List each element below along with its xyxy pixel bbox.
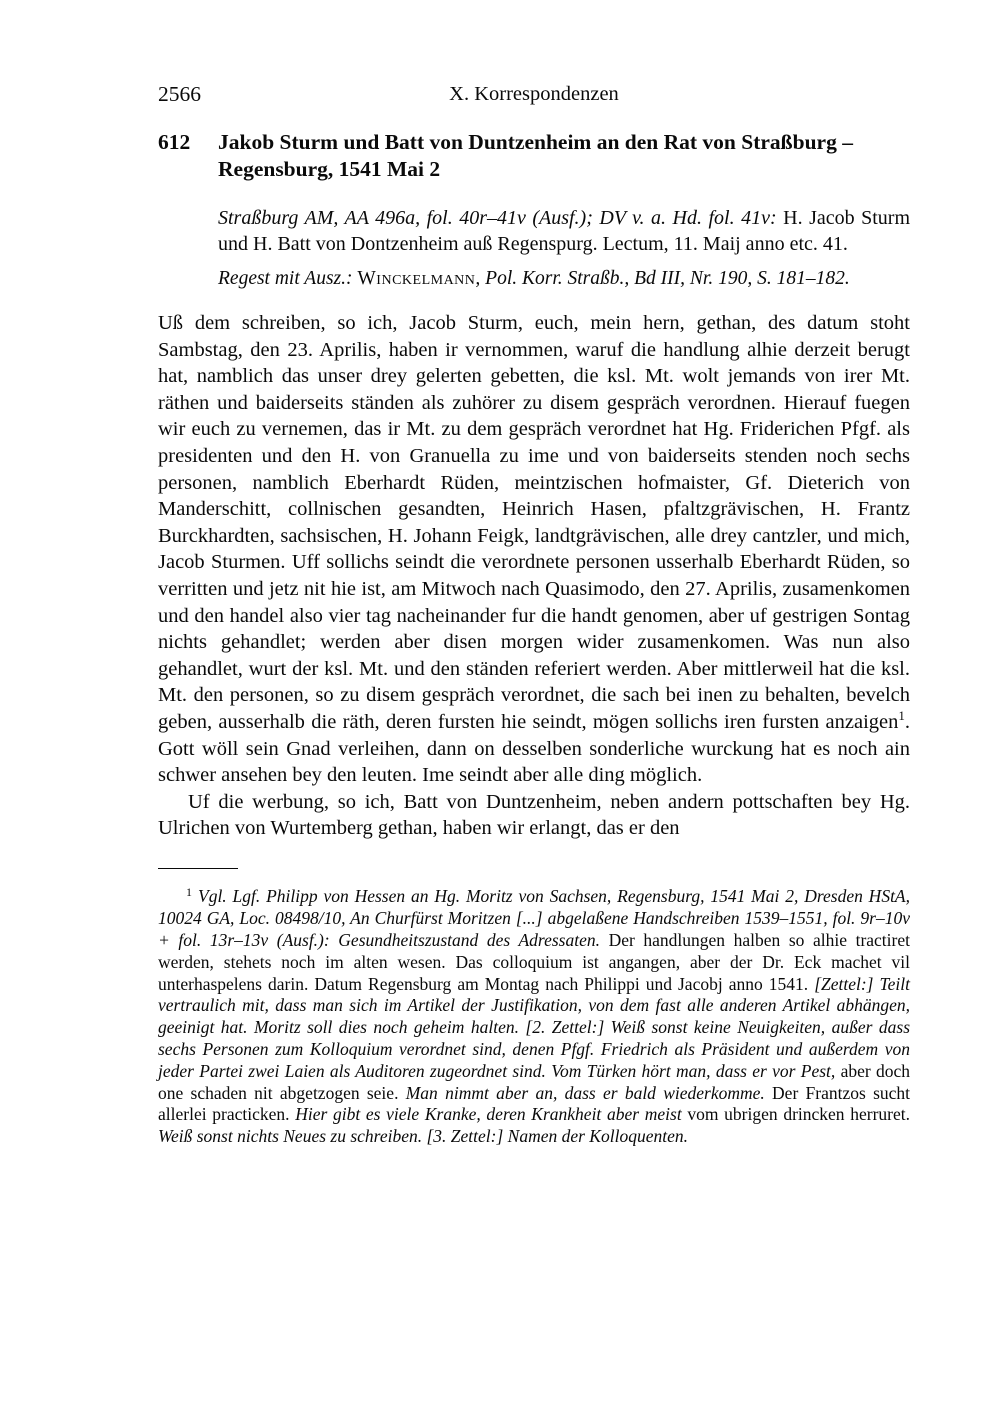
regest-citation: , Pol. Korr. Straßb., Bd III, Nr. 190, S… [475, 268, 849, 289]
letter-text-before-note: Uß dem schreiben, so ich, Jacob Sturm, e… [158, 312, 910, 733]
regest-author: Winckelmann [357, 268, 475, 289]
entry-title: Jakob Sturm und Batt von Duntzenheim an … [218, 129, 910, 183]
book-page: 2566 X. Korrespondenzen 612 Jakob Sturm … [0, 0, 1004, 1418]
footnote-regest-italic-4: Weiß sonst nichts Neues zu schreiben. [3… [158, 1126, 688, 1146]
source-block: Straßburg AM, AA 496a, fol. 40r–41v (Aus… [218, 205, 910, 257]
entry-number: 612 [158, 129, 218, 183]
footnote-quote-roman-4: vom ubrigen drincken herruret. [687, 1104, 910, 1124]
footnote-separator-rule [158, 868, 238, 869]
entry-heading: 612 Jakob Sturm und Batt von Duntzenheim… [158, 129, 910, 183]
letter-paragraph-2: Uf die werbung, so ich, Batt von Duntzen… [158, 789, 910, 842]
footnote-regest-italic-2: Man nimmt aber an, dass er bald wiederko… [406, 1083, 765, 1103]
regest-label: Regest mit Ausz.: [218, 268, 353, 289]
footnote-regest-italic-3: Hier gibt es viele Kranke, deren Krankhe… [295, 1104, 681, 1124]
footnote-marker-1: 1 [186, 885, 192, 899]
footnote-1: 1Vgl. Lgf. Philipp von Hessen an Hg. Mor… [158, 886, 910, 1148]
running-header: 2566 X. Korrespondenzen [158, 80, 910, 108]
regest-block: Regest mit Ausz.: Winckelmann, Pol. Korr… [218, 266, 910, 292]
running-head-title: X. Korrespondenzen [158, 80, 910, 108]
source-archival-reference: Straßburg AM, AA 496a, fol. 40r–41v (Aus… [218, 207, 777, 229]
letter-paragraph-1: Uß dem schreiben, so ich, Jacob Sturm, e… [158, 310, 910, 789]
page-content: 2566 X. Korrespondenzen 612 Jakob Sturm … [158, 80, 910, 1148]
